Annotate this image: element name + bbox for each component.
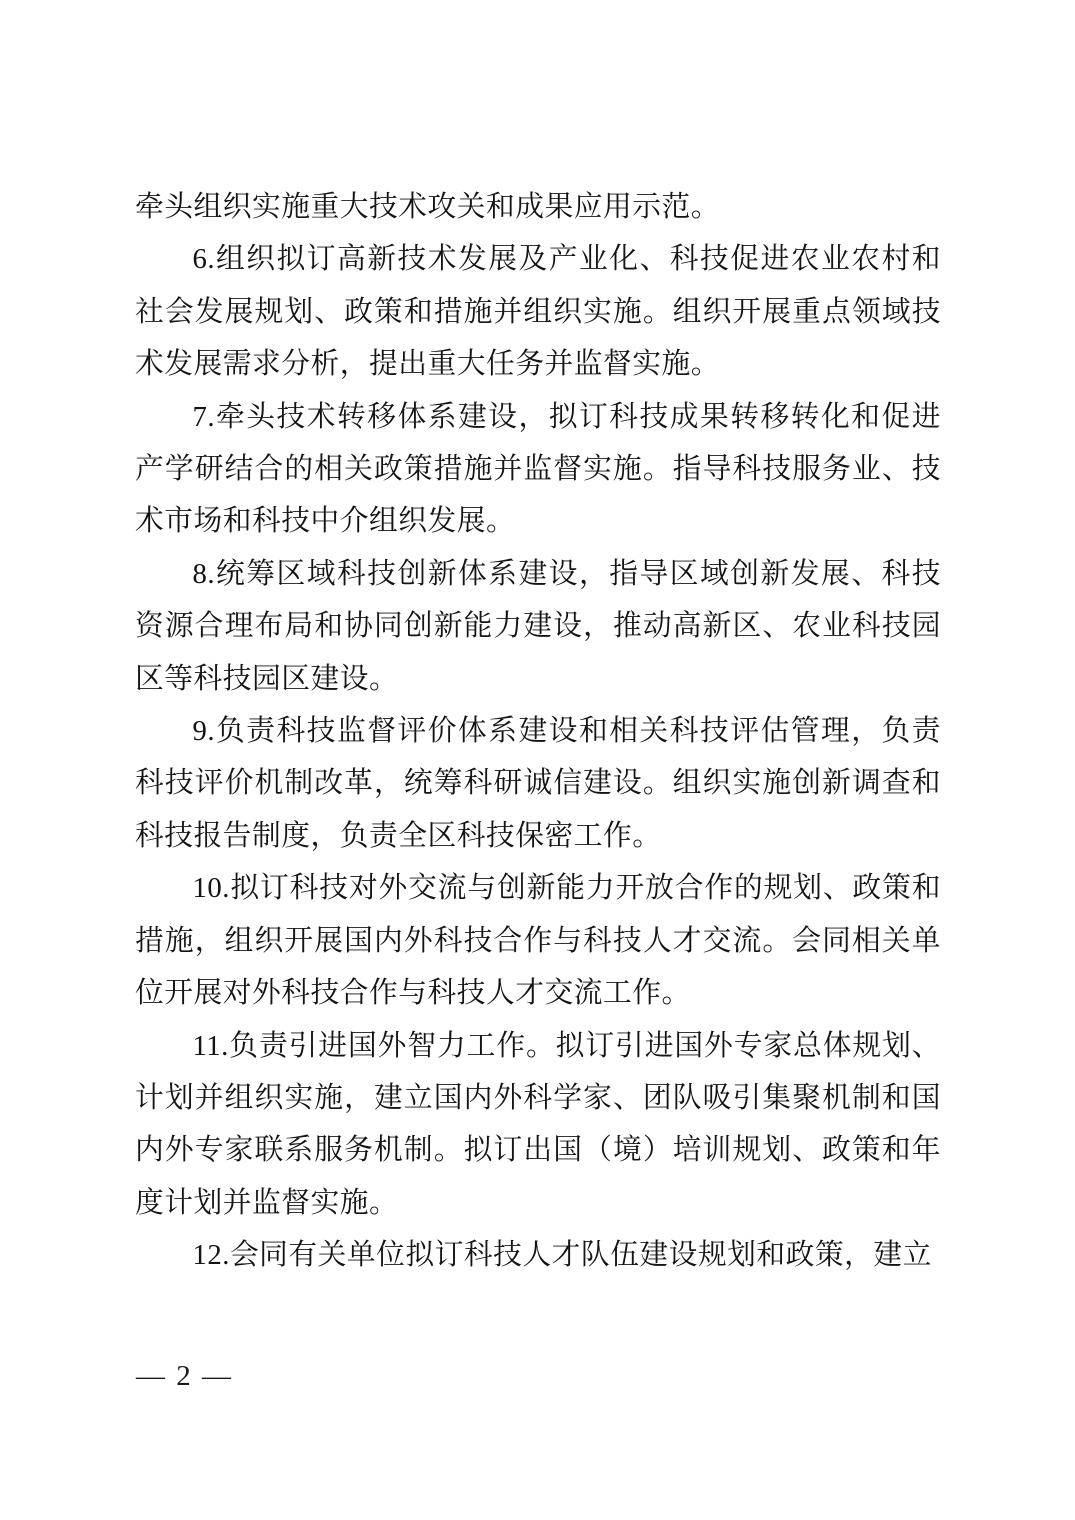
page-number: — 2 — bbox=[136, 1356, 233, 1396]
document-page: 牵头组织实施重大技术攻关和成果应用示范。 6.组织拟订高新技术发展及产业化、科技… bbox=[0, 0, 1075, 1520]
paragraph-item-6: 6.组织拟订高新技术发展及产业化、科技促进农业农村和社会发展规划、政策和措施并组… bbox=[135, 233, 941, 390]
paragraph-item-12: 12.会同有关单位拟订科技人才队伍建设规划和政策，建立 bbox=[135, 1229, 941, 1281]
paragraph-continuation: 牵头组织实施重大技术攻关和成果应用示范。 bbox=[135, 181, 941, 233]
paragraph-item-8: 8.统筹区域科技创新体系建设，指导区域创新发展、科技资源合理布局和协同创新能力建… bbox=[135, 548, 941, 705]
paragraph-item-10: 10.拟订科技对外交流与创新能力开放合作的规划、政策和措施，组织开展国内外科技合… bbox=[135, 862, 941, 1019]
document-body: 牵头组织实施重大技术攻关和成果应用示范。 6.组织拟订高新技术发展及产业化、科技… bbox=[135, 181, 941, 1282]
paragraph-item-9: 9.负责科技监督评价体系建设和相关科技评估管理，负责科技评价机制改革，统筹科研诚… bbox=[135, 705, 941, 862]
paragraph-item-11: 11.负责引进国外智力工作。拟订引进国外专家总体规划、计划并组织实施，建立国内外… bbox=[135, 1020, 941, 1230]
paragraph-item-7: 7.牵头技术转移体系建设，拟订科技成果转移转化和促进产学研结合的相关政策措施并监… bbox=[135, 391, 941, 548]
